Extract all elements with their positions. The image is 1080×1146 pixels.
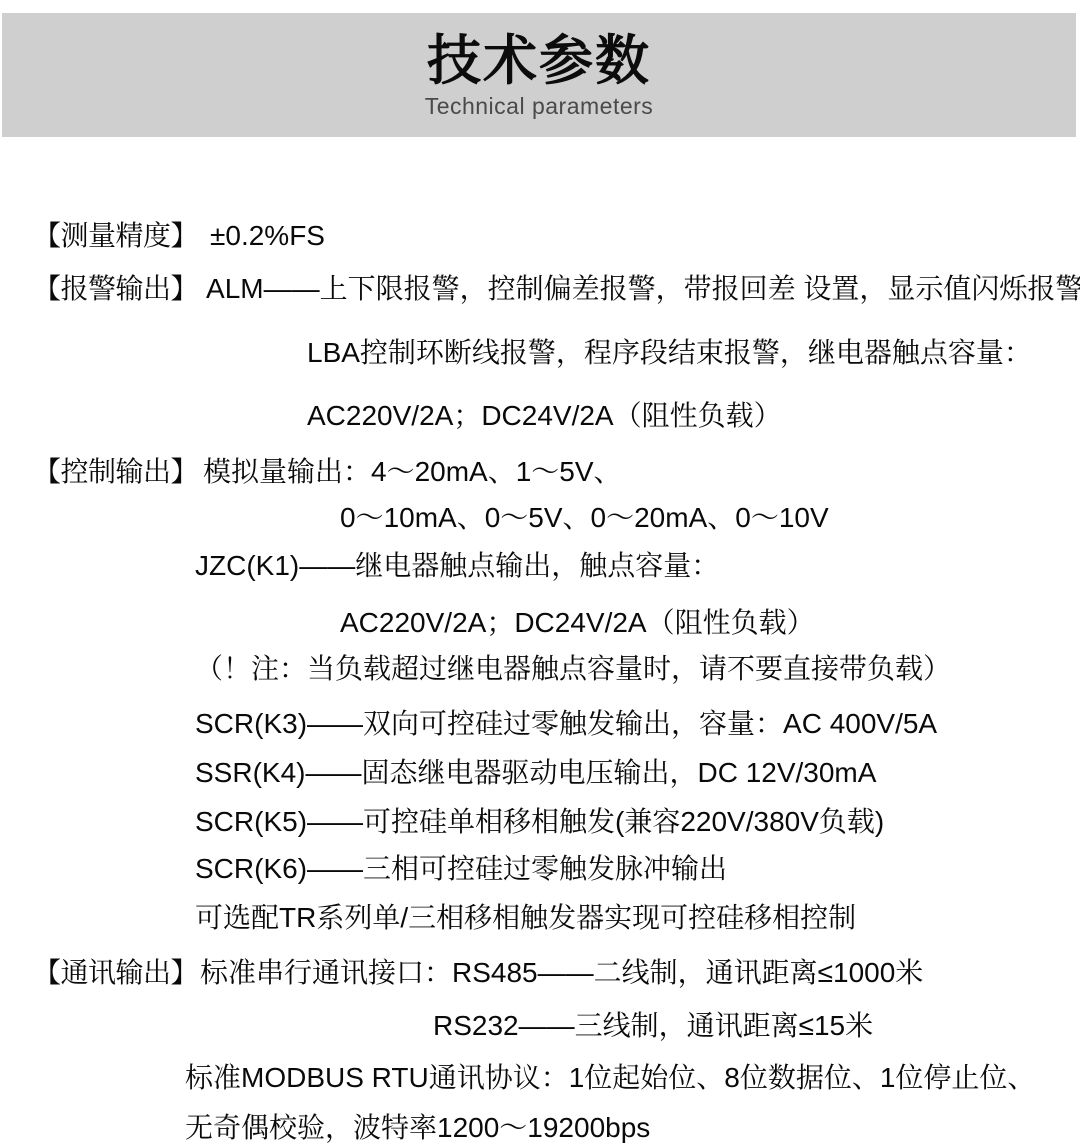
spec-value: JZC(K1)——继电器触点输出，触点容量： [195,550,719,581]
spec-value: SCR(K3)——双向可控硅过零触发输出，容量：AC 400V/5A [195,708,937,739]
spec-row-scr-k5: SCR(K5)——可控硅单相移相触发(兼容220V/380V负载) [0,805,1080,839]
spec-row-alarm-output: 【报警输出】ALM——上下限报警，控制偏差报警，带报回差 设置，显示值闪烁报警， [0,272,1080,306]
spec-label: 【通讯输出】 [33,957,198,988]
spec-value: AC220V/2A；DC24V/2A（阻性负载） [340,607,815,638]
spec-value: 标准串行通讯接口：RS485——二线制，通讯距离≤1000米 [200,957,923,988]
spec-value: RS232——三线制，通讯距离≤15米 [433,1010,873,1041]
spec-row-jzc-rating: AC220V/2A；DC24V/2A（阻性负载） [0,606,1080,640]
spec-row-measure-accuracy: 【测量精度】±0.2%FS [0,219,1080,253]
spec-label: 【报警输出】 [33,273,198,304]
spec-row-analog-ranges: 0～10mA、0～5V、0～20mA、0～10V [0,501,1080,535]
spec-row-alarm-lba: LBA控制环断线报警，程序段结束报警，继电器触点容量： [0,336,1080,370]
spec-value: SCR(K6)——三相可控硅过零触发脉冲输出 [195,853,727,884]
spec-row-baudrate: 无奇偶校验，波特率1200～19200bps [0,1111,1080,1145]
section-header-band: 技术参数 Technical parameters [2,13,1076,137]
spec-label: 【测量精度】 [33,220,198,251]
spec-value: 模拟量输出：4～20mA、1～5V、 [203,456,622,487]
spec-value: 标准MODBUS RTU通讯协议：1位起始位、8位数据位、1位停止位、 [185,1062,1035,1093]
spec-row-modbus: 标准MODBUS RTU通讯协议：1位起始位、8位数据位、1位停止位、 [0,1061,1080,1095]
section-title: 技术参数 [2,13,1076,90]
technical-parameters-page: 技术参数 Technical parameters 【测量精度】±0.2%FS … [0,0,1080,1146]
spec-value: SCR(K5)——可控硅单相移相触发(兼容220V/380V负载) [195,806,884,837]
spec-value: 可选配TR系列单/三相移相触发器实现可控硅移相控制 [195,902,856,933]
spec-value: 无奇偶校验，波特率1200～19200bps [185,1112,650,1143]
spec-value: 0～10mA、0～5V、0～20mA、0～10V [340,502,829,533]
spec-row-scr-k6: SCR(K6)——三相可控硅过零触发脉冲输出 [0,852,1080,886]
spec-row-control-output: 【控制输出】模拟量输出：4～20mA、1～5V、 [0,455,1080,489]
spec-value: ±0.2%FS [210,220,325,251]
spec-row-tr-option: 可选配TR系列单/三相移相触发器实现可控硅移相控制 [0,901,1080,935]
spec-label: 【控制输出】 [33,456,198,487]
spec-row-jzc-k1: JZC(K1)——继电器触点输出，触点容量： [0,549,1080,583]
spec-value: ALM——上下限报警，控制偏差报警，带报回差 设置，显示值闪烁报警， [206,273,1080,304]
spec-row-ssr-k4: SSR(K4)——固态继电器驱动电压输出，DC 12V/30mA [0,756,1080,790]
spec-value: （！注：当负载超过继电器触点容量时，请不要直接带负载） [195,653,951,684]
spec-row-rs232: RS232——三线制，通讯距离≤15米 [0,1009,1080,1043]
spec-row-load-note: （！注：当负载超过继电器触点容量时，请不要直接带负载） [0,652,1080,686]
section-subtitle: Technical parameters [2,93,1076,120]
spec-value: SSR(K4)——固态继电器驱动电压输出，DC 12V/30mA [195,757,876,788]
spec-row-scr-k3: SCR(K3)——双向可控硅过零触发输出，容量：AC 400V/5A [0,707,1080,741]
spec-value: AC220V/2A；DC24V/2A（阻性负载） [307,400,782,431]
spec-row-comm-output: 【通讯输出】标准串行通讯接口：RS485——二线制，通讯距离≤1000米 [0,956,1080,990]
spec-row-alarm-rating: AC220V/2A；DC24V/2A（阻性负载） [0,399,1080,433]
spec-value: LBA控制环断线报警，程序段结束报警，继电器触点容量： [307,337,1032,368]
